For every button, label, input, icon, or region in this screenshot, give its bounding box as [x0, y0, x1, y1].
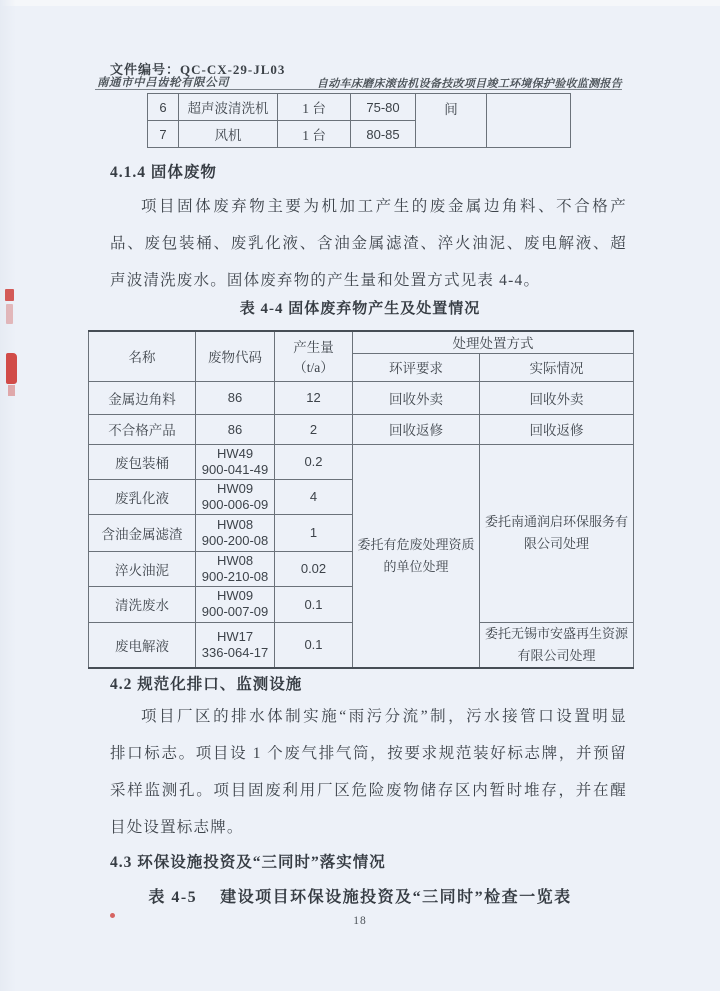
code-line: HW09	[199, 588, 271, 604]
header-rule	[95, 89, 622, 90]
paragraph-line: 项目厂区的排水体制实施“雨污分流”制，污水接管口设置明显	[110, 702, 627, 739]
cell-waste-name: 废电解液	[89, 622, 196, 668]
paragraph-414: 项目固体废弃物主要为机加工产生的废金属边角料、不合格产 品、废包装桶、废乳化液、…	[110, 192, 627, 303]
header-code: 废物代码	[196, 331, 275, 381]
cell-merged-note: 间	[416, 94, 487, 148]
cell-waste-code: HW49 900-041-49	[196, 444, 275, 479]
cell-amount: 2	[275, 414, 353, 444]
code-line: 900-200-08	[199, 533, 271, 549]
code-line: HW17	[199, 629, 271, 645]
section-heading-42: 4.2 规范化排口、监测设施	[110, 672, 302, 694]
table-row: 不合格产品 86 2 回收返修 回收返修	[89, 414, 634, 444]
table45-caption: 表 4-5 建设项目环保设施投资及“三同时”检查一览表	[0, 884, 720, 907]
header-amount-line2: （t/a）	[278, 356, 349, 376]
cell-actual: 回收外卖	[480, 381, 634, 414]
cell-amount: 1	[275, 514, 353, 551]
header-disposal: 处理处置方式	[353, 331, 634, 353]
header-amount: 产生量 （t/a）	[275, 331, 353, 381]
cell-actual-merged: 委托南通润启环保服务有限公司处理	[480, 444, 634, 622]
code-line: HW09	[199, 481, 271, 497]
cell-actual: 回收返修	[480, 414, 634, 444]
cell-eia: 回收返修	[353, 414, 480, 444]
table44-caption: 表 4-4 固体废弃物产生及处置情况	[0, 297, 720, 318]
cell-amount: 0.1	[275, 622, 353, 668]
cell-waste-name: 废包装桶	[89, 444, 196, 479]
code-line: 900-210-08	[199, 569, 271, 585]
cell-merged-empty	[487, 94, 571, 148]
cell-eia-merged: 委托有危废处理资质的单位处理	[353, 444, 480, 668]
section-heading-43: 4.3 环保设施投资及“三同时”落实情况	[110, 850, 386, 872]
cell-noise-range: 75-80	[351, 94, 416, 121]
cell-waste-name: 含油金属滤渣	[89, 514, 196, 551]
cell-waste-name: 清洗废水	[89, 586, 196, 622]
stamp-fragment-icon	[6, 353, 17, 384]
table-row: 废包装桶 HW49 900-041-49 0.2 委托有危废处理资质的单位处理 …	[89, 444, 634, 479]
cell-eia: 回收外卖	[353, 381, 480, 414]
code-line: HW08	[199, 553, 271, 569]
cell-equipment-name: 风机	[179, 121, 278, 148]
header-actual: 实际情况	[480, 353, 634, 381]
cell-amount: 4	[275, 479, 353, 514]
cell-row-no: 7	[148, 121, 179, 148]
cell-waste-code: 86	[196, 381, 275, 414]
cell-quantity: 1 台	[278, 94, 351, 121]
section-heading-414: 4.1.4 固体废物	[110, 160, 217, 182]
cell-waste-name: 不合格产品	[89, 414, 196, 444]
code-line: 336-064-17	[199, 645, 271, 661]
paragraph-42: 项目厂区的排水体制实施“雨污分流”制，污水接管口设置明显 排口标志。项目设 1 …	[110, 702, 627, 850]
cell-waste-name: 金属边角料	[89, 381, 196, 414]
table-row: 6 超声波清洗机 1 台 75-80 间	[148, 94, 571, 121]
code-line: 900-006-09	[199, 497, 271, 513]
cell-waste-code: HW09 900-007-09	[196, 586, 275, 622]
page-number: 18	[0, 915, 720, 927]
code-line: HW49	[199, 446, 271, 462]
cell-waste-code: HW09 900-006-09	[196, 479, 275, 514]
header-eia: 环评要求	[353, 353, 480, 381]
cell-row-no: 6	[148, 94, 179, 121]
cell-equipment-name: 超声波清洗机	[179, 94, 278, 121]
cell-waste-code: HW08 900-200-08	[196, 514, 275, 551]
page-left-edge	[0, 0, 16, 991]
stamp-fragment-icon	[8, 385, 15, 396]
cell-amount: 0.02	[275, 551, 353, 586]
header-amount-line1: 产生量	[278, 336, 349, 356]
cell-actual: 委托无锡市安盛再生资源有限公司处理	[480, 622, 634, 668]
cell-noise-range: 80-85	[351, 121, 416, 148]
paragraph-line: 采样监测孔。项目固废利用厂区危险废物储存区内暂时堆存，并在醒	[110, 776, 627, 813]
cell-amount: 0.1	[275, 586, 353, 622]
code-line: 900-041-49	[199, 462, 271, 478]
cell-amount: 0.2	[275, 444, 353, 479]
cell-waste-code: 86	[196, 414, 275, 444]
table-row: 金属边角料 86 12 回收外卖 回收外卖	[89, 381, 634, 414]
cell-waste-name: 废乳化液	[89, 479, 196, 514]
page-top-edge	[0, 0, 720, 6]
equipment-table: 6 超声波清洗机 1 台 75-80 间 7 风机 1 台 80-85	[147, 93, 571, 148]
paragraph-line: 品、废包装桶、废乳化液、含油金属滤渣、淬火油泥、废电解液、超	[110, 229, 627, 266]
code-line: 900-007-09	[199, 604, 271, 620]
cell-amount: 12	[275, 381, 353, 414]
table-header-row: 名称 废物代码 产生量 （t/a） 处理处置方式	[89, 331, 634, 353]
header-name: 名称	[89, 331, 196, 381]
cell-quantity: 1 台	[278, 121, 351, 148]
paragraph-line: 项目固体废弃物主要为机加工产生的废金属边角料、不合格产	[110, 192, 627, 229]
cell-waste-code: HW08 900-210-08	[196, 551, 275, 586]
solid-waste-table: 名称 废物代码 产生量 （t/a） 处理处置方式 环评要求 实际情况 金属边角料…	[88, 330, 634, 669]
paragraph-line: 目处设置标志牌。	[110, 813, 627, 850]
paragraph-line: 排口标志。项目设 1 个废气排气筒，按要求规范装好标志牌，并预留	[110, 739, 627, 776]
cell-waste-name: 淬火油泥	[89, 551, 196, 586]
code-line: HW08	[199, 517, 271, 533]
cell-waste-code: HW17 336-064-17	[196, 622, 275, 668]
